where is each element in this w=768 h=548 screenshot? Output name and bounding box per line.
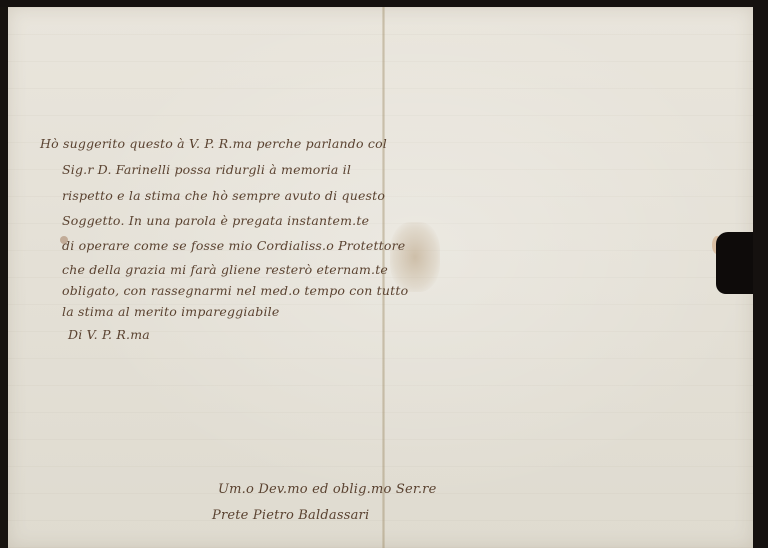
signature-name: Prete Pietro Baldassari bbox=[212, 508, 369, 523]
body-line-2: Sig.r D. Farinelli possa ridurgli à memo… bbox=[62, 162, 351, 177]
fold-crease bbox=[382, 7, 385, 548]
body-line-1: Hò suggerito questo à V. P. R.ma perche … bbox=[40, 136, 387, 151]
body-line-3: rispetto e la stima che hò sempre avuto … bbox=[62, 188, 385, 203]
body-line-4: Soggetto. In una parola è pregata instan… bbox=[62, 213, 369, 228]
scan-border-top bbox=[0, 0, 768, 7]
body-line-5: di operare come se fosse mio Cordialiss.… bbox=[62, 238, 405, 253]
body-line-9: Di V. P. R.ma bbox=[68, 327, 150, 342]
closing-formula: Um.o Dev.mo ed oblig.mo Ser.re bbox=[218, 482, 437, 497]
body-line-7: obligato, con rassegnarmi nel med.o temp… bbox=[62, 283, 408, 298]
body-line-8: la stima al merito impareggiabile bbox=[62, 304, 279, 319]
scan-border-right bbox=[753, 0, 768, 548]
scan-border-left bbox=[0, 0, 8, 548]
letter-paper bbox=[8, 7, 753, 548]
body-line-6: che della grazia mi farà gliene resterò … bbox=[62, 262, 388, 277]
water-stain bbox=[390, 222, 440, 292]
